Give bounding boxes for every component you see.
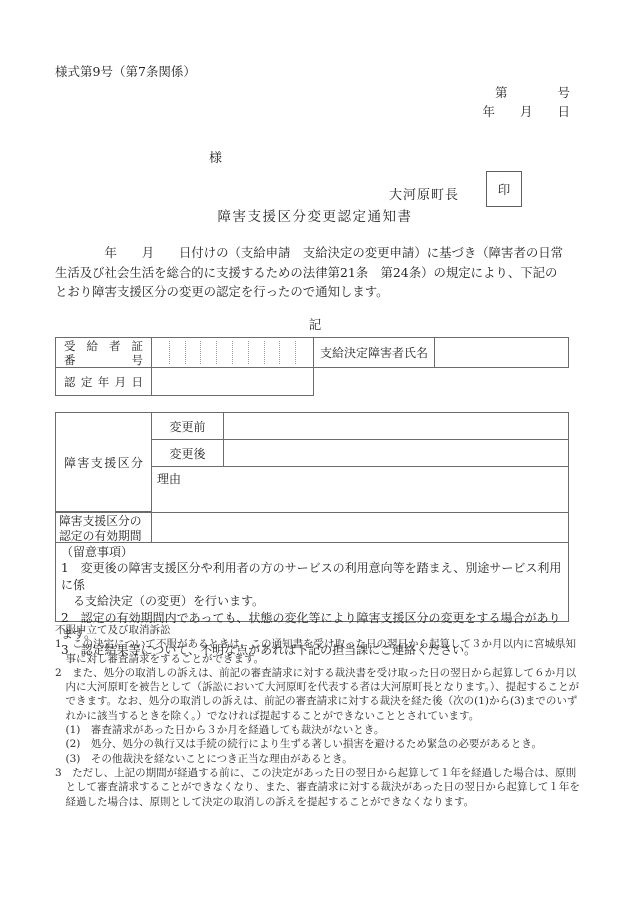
category-table: 障害支援区分 変更前 変更後 理由 障害支援区分の 認定の有効期間 （留意事項）… <box>55 412 569 622</box>
after-label: 変更後 <box>151 439 224 467</box>
reason-label: 理由 <box>157 472 181 486</box>
appeal-item: (1) 審査請求があった日から３か月を経過しても裁決がないとき。 <box>55 723 593 737</box>
appeal-item: 1 この決定について不服があるときは、この通知書を受け取った日の翌日から起算して… <box>55 637 593 666</box>
page-title: 障害支援区分変更認定通知書 <box>0 205 630 225</box>
digit-boxes <box>154 341 311 364</box>
form-number: 様式第9号（第7条関係） <box>55 62 196 80</box>
recipient-table: 受給者証 番号 支給決定障害者氏名 認定年月日 <box>55 337 569 396</box>
appeal-item: 3 ただし、上記の期間が経過する前に、この決定があった日の翌日から起算して１年を… <box>55 766 593 809</box>
appeal-heading: 不服申立て及び取消訴訟 <box>55 623 593 637</box>
seal-mark: 印 <box>498 180 511 198</box>
appeal-item: 2 また、処分の取消しの訴えは、前記の審査請求に対する裁決書を受け取った日の翌日… <box>55 666 593 723</box>
issue-date: 年 月 日 <box>482 102 570 121</box>
document-page: 様式第9号（第7条関係） 第 号 年 月 日 様 大河原町長 印 障害支援区分変… <box>0 0 630 915</box>
recipient-number-label: 受給者証 番号 <box>55 337 152 368</box>
appeal-item: (2) 処分、処分の執行又は手続の続行により生ずる著しい損害を避けるため緊急の必… <box>55 737 593 751</box>
addressee-honorific: 様 <box>209 147 222 166</box>
appeal-section: 不服申立て及び取消訴訟 1 この決定について不服があるときは、この通知書を受け取… <box>55 623 593 809</box>
validity-period-label: 障害支援区分の 認定の有効期間 <box>55 512 152 543</box>
ki-mark: 記 <box>0 315 630 333</box>
notes-box: （留意事項） 1 変更後の障害支援区分や利用者の方のサービスの利用意向等を踏まえ… <box>55 542 569 622</box>
seal-box: 印 <box>486 171 522 207</box>
validity-period-field <box>151 512 569 543</box>
after-field <box>223 439 569 467</box>
note-item: 1 変更後の障害支援区分や利用者の方のサービスの利用意向等を踏まえ、別途サービス… <box>61 560 563 609</box>
document-number: 第 号 <box>482 83 570 102</box>
certification-date-field <box>151 367 314 396</box>
notes-heading: （留意事項） <box>61 544 563 560</box>
beneficiary-name-field <box>434 337 569 368</box>
category-label: 障害支援区分 <box>55 412 152 512</box>
before-label: 変更前 <box>151 412 224 440</box>
document-number-block: 第 号 年 月 日 <box>482 83 570 121</box>
certification-date-label: 認定年月日 <box>55 367 152 396</box>
body-paragraph: 年 月 日付けの（支給申請 支給決定の変更申請）に基づき（障害者の日常 生活及び… <box>55 243 575 302</box>
recipient-number-field <box>151 337 314 368</box>
reason-field: 理由 <box>151 466 569 513</box>
appeal-item: (3) その他裁決を経ないことにつき正当な理由があるとき。 <box>55 752 593 766</box>
beneficiary-name-label: 支給決定障害者氏名 <box>313 337 435 368</box>
before-field <box>223 412 569 440</box>
issuer-name: 大河原町長 <box>389 184 459 203</box>
